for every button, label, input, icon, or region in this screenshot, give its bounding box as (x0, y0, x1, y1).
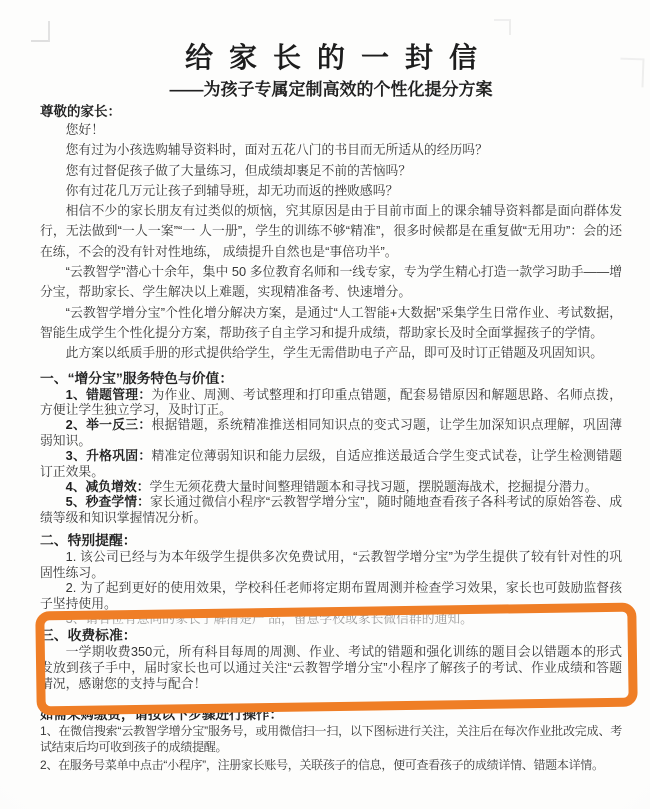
fees-heading: 三、收费标准： (40, 627, 622, 644)
intro-question-1: 您有过为小孩选购辅导资料时，面对五花八门的书目而无所适从的经历吗？ (40, 140, 622, 160)
step-item: 2、在服务号菜单中点击“小程序”，注册家长账号，关联孩子的信息，便可查看孩子的成… (40, 757, 622, 773)
feature-item: 5、秒查学情：家长通过微信小程序“云教智学增分宝”，随时随地查看孩子各科考试的原… (40, 494, 622, 525)
feature-item-label: 1、错题管理： (66, 387, 152, 402)
feature-item-label: 5、秒查学情： (66, 494, 150, 509)
features-section: 一、“增分宝”服务特色与价值： 1、错题管理：为作业、周测、考试整理和打印重点错… (40, 370, 622, 526)
intro-question-2: 您有过督促孩子做了大量练习，但成绩却裹足不前的苦恼吗？ (40, 161, 622, 181)
reminders-section: 二、特别提醒： 1. 该公司已经与为本年级学生提供多次免费试用，“云教智学增分宝… (40, 532, 622, 627)
intro-question-3: 你有过花几万元让孩子到辅导班，却无功而返的挫败感吗？ (40, 181, 622, 201)
fees-section: 三、收费标准： 一学期收费350元，所有科目每周的周测、作业、考试的错题和强化训… (40, 627, 622, 692)
intro-paragraph-3: “云教智学增分宝”个性化增分解决方案，是通过“人工智能+大数据”采集学生日常作业… (40, 303, 622, 344)
scan-artifact-corner-mark (494, 19, 511, 35)
reminder-item: 2. 为了起到更好的使用效果，学校科任老师将定期布置周测并检查学习效果，家长也可… (40, 580, 622, 611)
scan-artifact-corner-mark (31, 21, 50, 42)
feature-item: 4、减负增效：学生无须花费大量时间整理错题本和寻找习题，摆脱题海战术，挖掘提分潜… (40, 479, 622, 494)
document-title: 给家长的一封信 (40, 40, 622, 76)
step-item: 1、在微信搜索“云教智学增分宝”服务号，或用微信扫一扫，以下图标进行关注，关注后… (40, 723, 622, 755)
scan-artifact-corner-mark (620, 58, 645, 88)
reminder-item-obscured: 3、请各位有意向的家长了解清楚产 品，留意学校或家长微信群的通知。 (40, 611, 622, 627)
steps-section: 如需采购缴费，请按以下步骤进行操作： 1、在微信搜索“云教智学增分宝”服务号，或… (40, 707, 622, 774)
feature-item-label: 3、升格巩固： (66, 448, 152, 463)
letter-document-page: 给家长的一封信 ——为孩子专属定制高效的个性化提分方案 尊敬的家长： 您好！ 您… (0, 0, 650, 809)
intro-paragraph-1: 相信不少的家长朋友有过类似的烦恼，究其原因是由于目前市面上的课余辅导资料都是面向… (40, 201, 622, 262)
document-subtitle: ——为孩子专属定制高效的个性化提分方案 (40, 78, 622, 101)
feature-item: 1、错题管理：为作业、周测、考试整理和打印重点错题，配套易错原因和解题思路、名师… (40, 387, 622, 418)
steps-heading: 如需采购缴费，请按以下步骤进行操作： (40, 707, 622, 724)
features-heading: 一、“增分宝”服务特色与价值： (40, 370, 622, 387)
intro-greeting: 您好！ (40, 120, 622, 140)
intro-paragraph-4: 此方案以纸质手册的形式提供给学生，学生无需借助电子产品，即可及时订正错题及巩固知… (40, 343, 622, 363)
reminders-heading: 二、特别提醒： (40, 532, 622, 549)
feature-item-label: 2、举一反三： (66, 417, 152, 432)
salutation: 尊敬的家长： (40, 103, 622, 120)
reminder-item: 1. 该公司已经与为本年级学生提供多次免费试用，“云教智学增分宝”为学生提供了较… (40, 549, 622, 580)
intro-section: 您好！ 您有过为小孩选购辅导资料时，面对五花八门的书目而无所适从的经历吗？ 您有… (40, 120, 622, 364)
fees-body: 一学期收费350元，所有科目每周的周测、作业、考试的错题和强化训练的题目会以错题… (40, 644, 622, 692)
feature-item-text: 学生无须花费大量时间整理错题本和寻找习题，摆脱题海战术，挖掘提分潜力。 (150, 479, 598, 494)
feature-item: 2、举一反三：根据错题，系统精准推送相同知识点的变式习题，让学生加深知识点理解，… (40, 417, 622, 448)
feature-item-label: 4、减负增效： (66, 479, 150, 494)
feature-item: 3、升格巩固：精准定位薄弱知识和能力层级，自适应推送最适合学生变式试卷，让学生检… (40, 448, 622, 479)
intro-paragraph-2: “云教智学”潜心十余年，集中 50 多位教育名师和一线专家，专为学生精心打造一款… (40, 262, 622, 303)
